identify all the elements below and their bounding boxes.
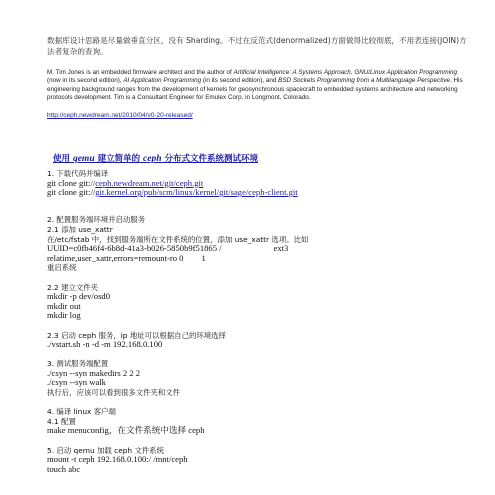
cmd-prefix: git clone git:// [47, 178, 95, 188]
step-2-1-heading: 2.1 添加 use_xattr [47, 225, 477, 235]
book-title: AI Application Programming [123, 77, 201, 84]
book-title: GNU/Linux Application Programming [354, 69, 457, 76]
fstab-opts: relatime,user_xattr,errors=remount-ro 0 [47, 253, 183, 263]
article-title[interactable]: 使用 qemu 建立简单的 ceph 分布式文件系统测试环境 [53, 152, 258, 164]
vstart-cmd: ./vstart.sh -n -d -m 192.168.0.100 [47, 340, 477, 350]
reboot-note: 重启系统 [47, 263, 477, 273]
bio-text: (in its second edition), and [201, 77, 278, 84]
title-mid: 建立简单的 [95, 154, 143, 164]
title-qemu: qemu [73, 154, 95, 164]
touch-cmd: touch abc [47, 465, 477, 475]
git-clone-ceph-client: git clone git://git.kernel.org/pub/scm/l… [47, 188, 477, 198]
csyn-walk-cmd: ./csyn --syn walk [47, 378, 477, 388]
mkdir-log: mkdir log [47, 311, 477, 321]
instructions-body: 1. 下载代码并编译 git clone git://ceph.newdream… [47, 169, 477, 474]
book-title: Artificial Intelligence: A Systems Appro… [234, 69, 351, 76]
fstab-fs: ext3 [274, 243, 289, 253]
step-3-note: 执行后，应该可以看到很多文件夹和文件 [47, 388, 477, 398]
bio-text: M. Tim Jones is an embedded firmware arc… [47, 69, 234, 76]
ceph-client-git-link[interactable]: git.kernel.org/pub/scm/linux/kernel/git/… [95, 187, 297, 197]
title-suffix: 分布式文件系统测试环境 [162, 154, 258, 164]
bio-text: (now in its second edition), [47, 77, 123, 84]
book-title: BSD Sockets Programming from a Multilang… [278, 77, 450, 84]
title-ceph: ceph [143, 154, 161, 164]
step-4-heading: 4. 编译 linux 客户端 [47, 407, 477, 417]
title-prefix: 使用 [53, 154, 73, 164]
mkdir-osd0: mkdir -p dev/osd0 [47, 292, 477, 302]
intro-paragraph: 数据库设计思路是尽量做垂直分区，没有 Sharding。不过在反范式(denor… [47, 35, 467, 57]
source-link[interactable]: http://ceph.newdream.net/2010/04/v0-20-r… [47, 112, 193, 119]
ceph-git-link[interactable]: ceph.newdream.net/git/ceph.git [95, 178, 203, 188]
csyn-makedirs-cmd: ./csyn --syn makedirs 2 2 2 [47, 369, 477, 379]
author-bio: M. Tim Jones is an embedded firmware arc… [47, 69, 467, 103]
mount-cmd: mount -t ceph 192.168.0.100:/ /mnt/ceph [47, 455, 477, 465]
step-2-heading: 2. 配置服务端环境并启动服务 [47, 215, 477, 225]
mkdir-out: mkdir out [47, 302, 477, 312]
fstab-opts-line: relatime,user_xattr,errors=remount-ro 01 [47, 254, 477, 264]
fstab-uuid: UUID=c0fb46f4-6b8d-41a3-b026-5850b9f5186… [47, 243, 222, 253]
step-2-2-heading: 2.2 建立文件夹 [47, 283, 477, 293]
cmd-prefix: git clone git:// [47, 187, 95, 197]
fstab-pass: 1 [201, 253, 205, 263]
menuconfig-cmd: make menuconfig，在文件系统中选择 ceph [47, 426, 477, 436]
